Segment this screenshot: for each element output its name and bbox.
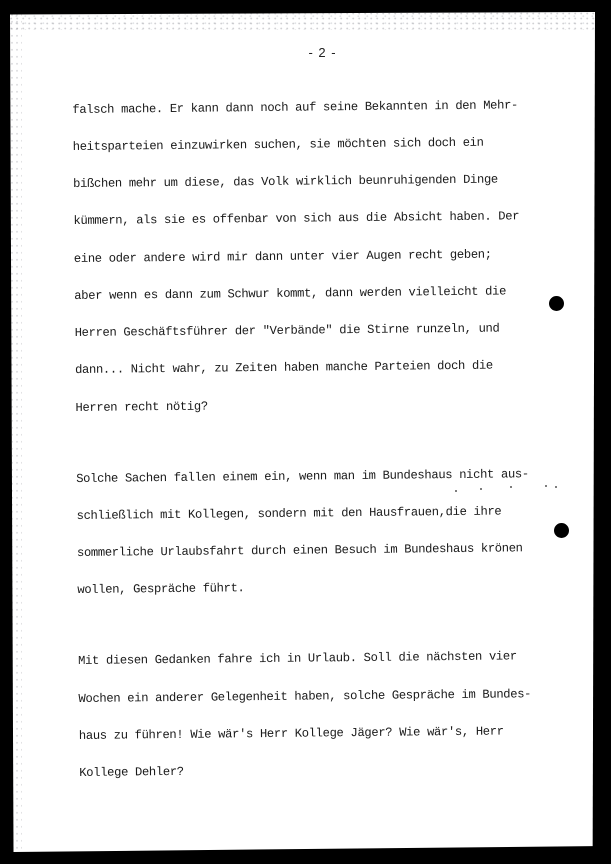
text-line: bißchen mehr um diese, das Volk wirklich… [73,173,553,190]
text-line: Kollege Dehler? [79,762,559,779]
text-line: eine oder andere wird mir dann unter vie… [74,248,554,265]
paragraph-3: Mit diesen Gedanken fahre ich in Urlaub.… [78,625,560,804]
text-line: aber wenn es dann zum Schwur kommt, dann… [74,285,554,302]
scan-noise [510,486,512,488]
scan-noise [455,490,457,492]
punch-hole-icon [549,296,564,311]
punch-hole-icon [554,523,569,538]
text-line: Herren Geschäftsführer der "Verbände" di… [75,322,555,339]
text-line: dann... Nicht wahr, zu Zeiten haben manc… [75,359,555,376]
text-line: Wochen ein anderer Gelegenheit haben, so… [78,687,558,704]
text-line: sommerliche Urlaubsfahrt durch einen Bes… [77,542,557,559]
text-line: falsch mache. Er kann dann noch auf sein… [72,99,552,116]
text-line: wollen, Gespräche führt. [77,579,557,596]
text-line: Herren recht nötig? [75,397,555,414]
document-body: falsch mache. Er kann dann noch auf sein… [72,74,560,813]
scan-noise [555,486,557,488]
paragraph-2: Solche Sachen fallen einem ein, wenn man… [76,443,558,622]
text-line: kümmern, als sie es offenbar von sich au… [73,210,553,227]
text-line: Mit diesen Gedanken fahre ich in Urlaub.… [78,650,558,667]
text-line: schließlich mit Kollegen, sondern mit de… [77,505,557,522]
paragraph-1: falsch mache. Er kann dann noch auf sein… [72,74,556,439]
page-number: - 2 - [10,45,595,60]
text-line: haus zu führen! Wie wär's Herr Kollege J… [79,725,559,742]
scan-noise [480,488,482,490]
document-page: - 2 - falsch mache. Er kann dann noch au… [10,12,595,852]
text-line: heitsparteien einzuwirken suchen, sie mö… [73,136,553,153]
scan-noise [545,485,547,487]
text-line: Solche Sachen fallen einem ein, wenn man… [76,468,556,485]
